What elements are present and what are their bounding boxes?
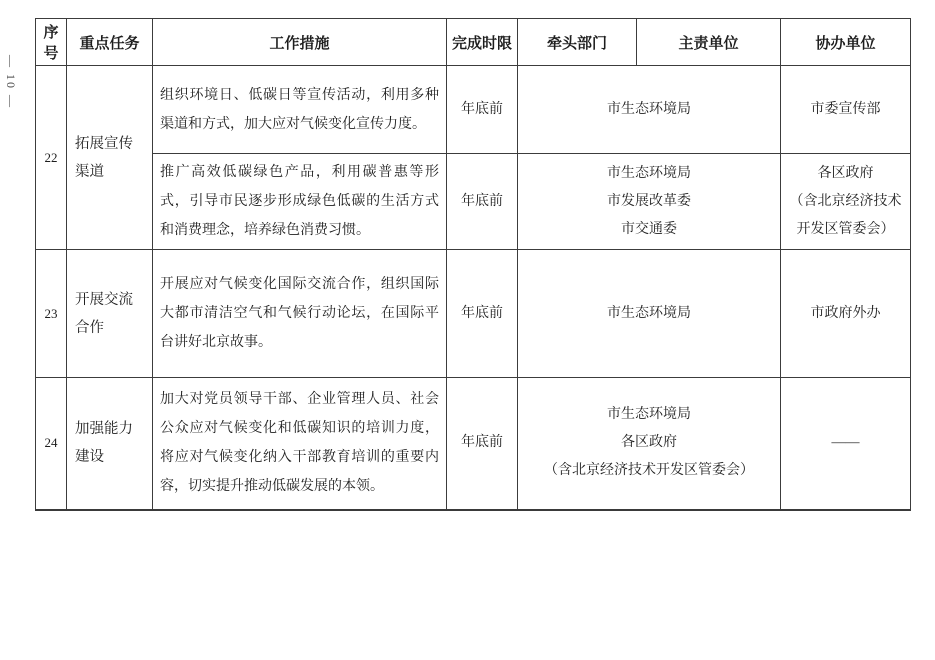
task-22-measure-2-lead-units: 市生态环境局 市发展改革委 市交通委 <box>518 154 781 250</box>
task-24-measure-1-lead-units: 市生态环境局 各区政府 （含北京经济技术开发区管委会） <box>518 378 781 510</box>
col-header-deadline: 完成时限 <box>447 19 518 66</box>
table-row-22a: 22 拓展宣传渠道 组织环境日、低碳日等宣传活动，利用多种渠道和方式，加大应对气… <box>36 66 911 154</box>
col-header-assist-unit: 协办单位 <box>781 19 911 66</box>
task-23-measure-1-lead-units: 市生态环境局 <box>518 250 781 378</box>
task-23-label: 开展交流合作 <box>67 250 153 378</box>
task-22-measure-2-deadline: 年底前 <box>447 154 518 250</box>
table-header-row: 序号 重点任务 工作措施 完成时限 牵头部门 主责单位 协办单位 <box>36 19 911 66</box>
task-24-measure-1: 加大对党员领导干部、企业管理人员、社会公众应对气候变化和低碳知识的培训力度，将应… <box>153 378 447 510</box>
col-header-task: 重点任务 <box>67 19 153 66</box>
action-plan-table: 序号 重点任务 工作措施 完成时限 牵头部门 主责单位 协办单位 22 拓展宣传… <box>35 18 911 511</box>
document-page: — 10 — 序号 重点任务 工作措施 完成时限 牵头部门 主责单位 协办单位 … <box>0 0 935 660</box>
col-header-measure: 工作措施 <box>153 19 447 66</box>
task-24-measure-1-assist-units: —— <box>781 378 911 510</box>
task-22-measure-1-lead-units: 市生态环境局 <box>518 66 781 154</box>
table-row-22b: 推广高效低碳绿色产品，利用碳普惠等形式，引导市民逐步形成绿色低碳的生活方式和消费… <box>36 154 911 250</box>
task-23-measure-1: 开展应对气候变化国际交流合作，组织国际大都市清洁空气和气候行动论坛，在国际平台讲… <box>153 250 447 378</box>
task-23-measure-1-deadline: 年底前 <box>447 250 518 378</box>
task-23-measure-1-assist-units: 市政府外办 <box>781 250 911 378</box>
task-22-measure-1-deadline: 年底前 <box>447 66 518 154</box>
table-row-23: 23 开展交流合作 开展应对气候变化国际交流合作，组织国际大都市清洁空气和气候行… <box>36 250 911 378</box>
task-24-measure-1-deadline: 年底前 <box>447 378 518 510</box>
task-23-index: 23 <box>36 250 67 378</box>
vertical-page-number: — 10 — <box>2 45 18 119</box>
col-header-responsible-unit: 主责单位 <box>637 19 781 66</box>
task-22-label: 拓展宣传渠道 <box>67 66 153 250</box>
task-24-label: 加强能力建设 <box>67 378 153 510</box>
task-22-measure-1: 组织环境日、低碳日等宣传活动，利用多种渠道和方式，加大应对气候变化宣传力度。 <box>153 66 447 154</box>
table-row-24: 24 加强能力建设 加大对党员领导干部、企业管理人员、社会公众应对气候变化和低碳… <box>36 378 911 510</box>
task-22-index: 22 <box>36 66 67 250</box>
col-header-index: 序号 <box>36 19 67 66</box>
task-22-measure-2-assist-units: 各区政府 （含北京经济技术 开发区管委会） <box>781 154 911 250</box>
task-24-index: 24 <box>36 378 67 510</box>
col-header-lead-dept: 牵头部门 <box>518 19 637 66</box>
task-22-measure-1-assist-units: 市委宣传部 <box>781 66 911 154</box>
task-22-measure-2: 推广高效低碳绿色产品，利用碳普惠等形式，引导市民逐步形成绿色低碳的生活方式和消费… <box>153 154 447 250</box>
